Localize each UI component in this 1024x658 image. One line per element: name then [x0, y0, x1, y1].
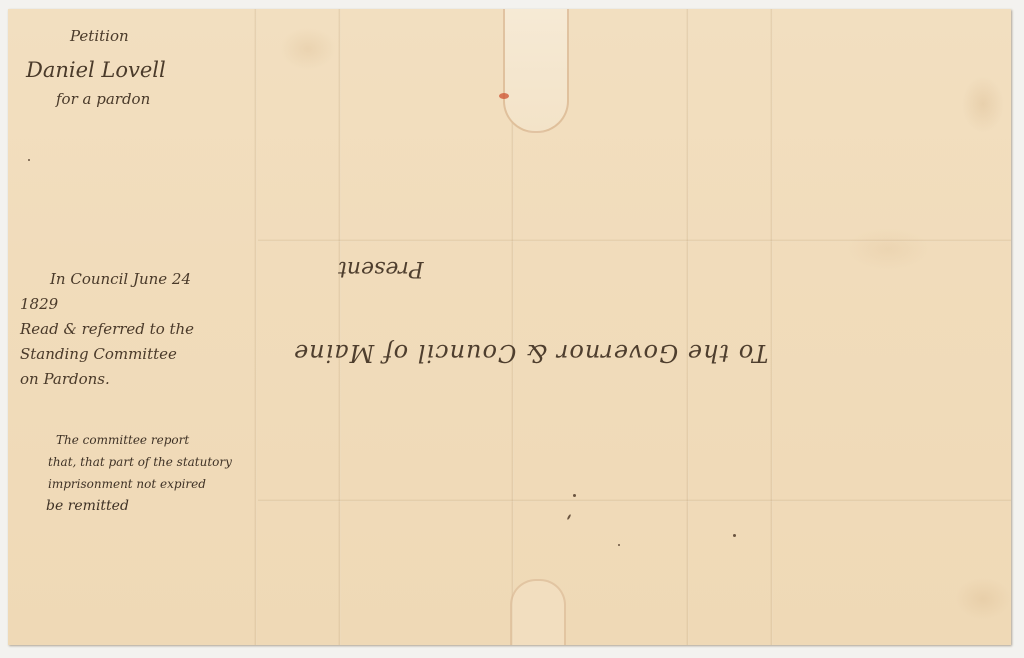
- wax-seal-mark-top: [503, 9, 569, 133]
- note-line: on Pardons.: [20, 367, 194, 392]
- ink-speck: [733, 534, 736, 537]
- fold-line: [338, 9, 341, 645]
- address-recipient: To the Governor & Council of Maine: [293, 339, 768, 367]
- note-line: 1829: [20, 292, 194, 317]
- address-present: Present: [338, 256, 424, 281]
- note-line: Read & referred to the: [20, 317, 194, 342]
- note-line: In Council June 24: [20, 267, 194, 292]
- ink-speck: [573, 494, 576, 497]
- report-line: imprisonment not expired: [48, 473, 232, 495]
- report-line: The committee report: [48, 429, 232, 451]
- docket-subject: for a pardon: [56, 90, 150, 108]
- committee-report-note: The committee report that, that part of …: [48, 429, 232, 517]
- note-line: Standing Committee: [20, 342, 194, 367]
- fold-line: [686, 9, 689, 645]
- ink-speck: [618, 544, 620, 546]
- report-line: be remitted: [46, 495, 232, 517]
- ink-speck: [28, 159, 30, 161]
- wax-residue: [499, 93, 509, 99]
- fold-line: [770, 9, 773, 645]
- fold-line: [254, 9, 257, 645]
- document-page: Petition Daniel Lovell for a pardon In C…: [8, 9, 1011, 645]
- wax-seal-mark-bottom: [510, 579, 566, 645]
- docket-petitioner-name: Daniel Lovell: [26, 58, 166, 82]
- fold-line: [258, 239, 1011, 242]
- fold-line: [258, 499, 1011, 502]
- ink-speck: [567, 514, 572, 520]
- council-referral-note: In Council June 24 1829 Read & referred …: [20, 267, 194, 392]
- docket-title: Petition: [70, 27, 129, 45]
- report-line: that, that part of the statutory: [48, 451, 232, 473]
